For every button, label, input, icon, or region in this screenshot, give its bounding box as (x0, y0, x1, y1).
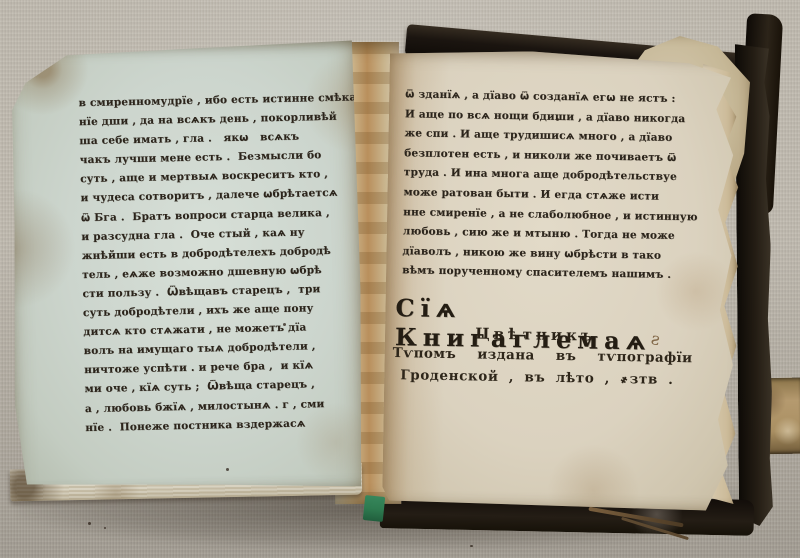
speck (88, 522, 91, 525)
photo-open-antique-book: в смиренномудрїе , ибо есть истинне смѣк… (0, 0, 800, 558)
left-page-text: в смиренномудрїе , ибо есть истинне смѣк… (78, 88, 369, 438)
right-page: ѿ зданїѧ , а дїаво ѿ созданїѧ егѡ не яст… (382, 49, 742, 511)
speck (556, 118, 559, 121)
speck (470, 545, 473, 547)
colophon-line: Гроденской , въ лѣто , ҂зтв . (400, 367, 730, 389)
speck (226, 468, 229, 471)
speck (283, 323, 286, 326)
speck (104, 527, 106, 529)
right-page-text: ѿ зданїѧ , а дїаво ѿ созданїѧ егѡ не яст… (402, 85, 731, 287)
left-page: в смиренномудрїе , ибо есть истинне смѣк… (7, 40, 364, 493)
bookmark-ribbon (363, 495, 386, 522)
